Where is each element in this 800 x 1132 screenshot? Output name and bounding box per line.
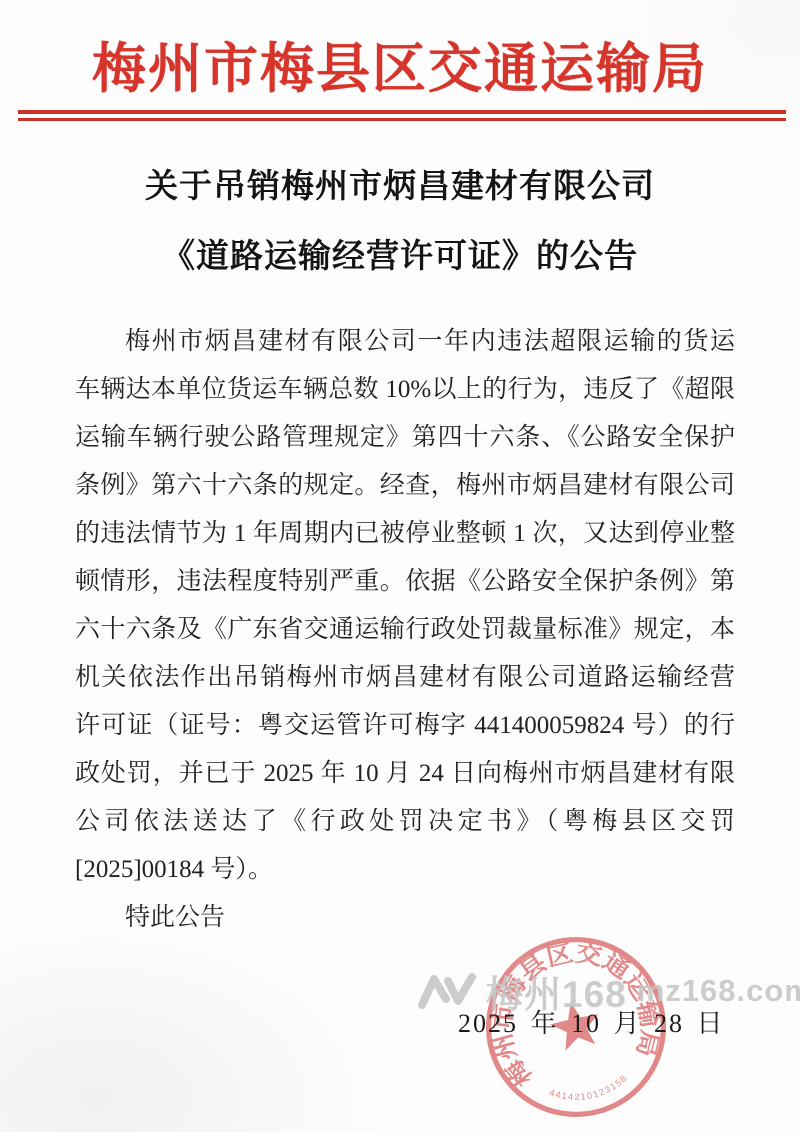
body-line: 车辆达本单位货运车辆总数 10%以上的行为，违反了《超限 — [75, 366, 735, 414]
document-title-line2: 《道路运输经营许可证》的公告 — [40, 230, 760, 277]
scanned-official-notice: 梅州市梅县区交通运输局 关于吊销梅州市炳昌建材有限公司 《道路运输经营许可证》的… — [0, 0, 800, 1132]
body-line: 顿情形，违法程度特别严重。依据《公路安全保护条例》第 — [75, 558, 735, 606]
closing-statement: 特此公告 — [125, 894, 225, 942]
body-line: [2025]00184 号）。 — [75, 846, 735, 894]
body-line: 条例》第六十六条的规定。经查，梅州市炳昌建材有限公司 — [75, 462, 735, 510]
agency-letterhead: 梅州市梅县区交通运输局 — [0, 26, 800, 103]
body-line: 运输车辆行驶公路管理规定》第四十六条、《公路安全保护 — [75, 414, 735, 462]
document-date: 2025 年 10 月 28 日 — [458, 1006, 725, 1042]
body-line: 许可证（证号：粤交运管许可梅字 441400059824 号）的行 — [75, 702, 735, 750]
body-line: 机关依法作出吊销梅州市炳昌建材有限公司道路运输经营 — [75, 654, 735, 702]
divider-line-thin — [18, 118, 786, 121]
document-title-line1: 关于吊销梅州市炳昌建材有限公司 — [40, 160, 760, 207]
body-line: 的违法情节为 1 年周期内已被停业整顿 1 次，又达到停业整 — [75, 510, 735, 558]
body-line: 政处罚，并已于 2025 年 10 月 24 日向梅州市炳昌建材有限 — [75, 750, 735, 798]
body-line: 六十六条及《广东省交通运输行政处罚裁量标准》规定，本 — [75, 606, 735, 654]
document-body: 梅州市炳昌建材有限公司一年内违法超限运输的货运 车辆达本单位货运车辆总数 10%… — [75, 318, 735, 894]
watermark-logo-icon — [418, 971, 476, 1011]
body-line: 公司依法送达了《行政处罚决定书》（粤梅县区交罚 — [75, 798, 735, 846]
letterhead-divider — [18, 110, 786, 121]
body-line: 梅州市炳昌建材有限公司一年内违法超限运输的货运 — [75, 318, 735, 366]
watermark-site-domain: mz168.com — [637, 973, 800, 1009]
